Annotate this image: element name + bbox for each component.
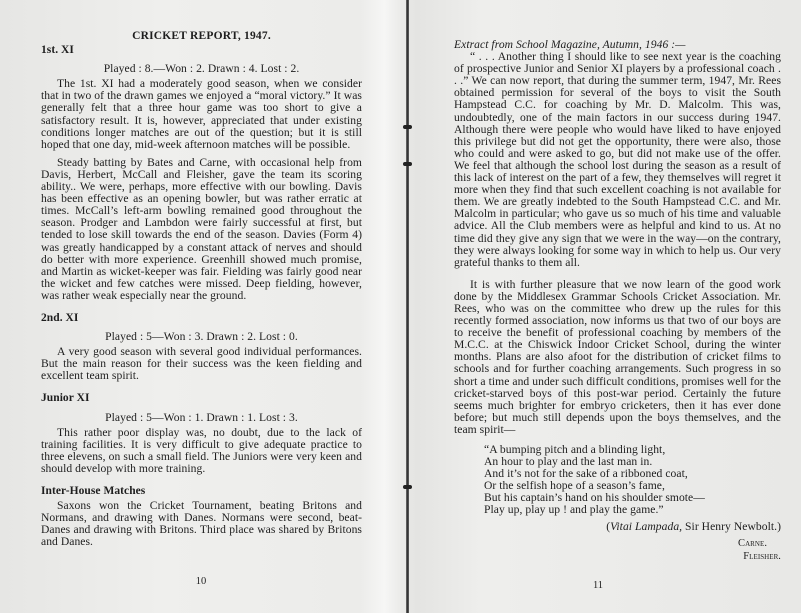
signature-fleisher: Fleisher. (454, 550, 781, 563)
page-number: 11 (578, 580, 618, 591)
first-xi-paragraph: Steady batting by Bates and Carne, with … (41, 157, 362, 302)
report-title: CRICKET REPORT, 1947. (41, 30, 362, 42)
poem-work-title: Vitai Lampada, (610, 520, 682, 533)
second-xi-record: Played : 5—Won : 3. Drawn : 2. Lost : 0. (41, 331, 362, 343)
body-paragraph: It is with further pleasure that we now … (454, 279, 781, 436)
page-number: 10 (181, 576, 221, 587)
poem-quote: “A bumping pitch and a blinding light, A… (484, 444, 781, 517)
left-page-text: CRICKET REPORT, 1947. 1st. XI Played : 8… (41, 30, 362, 548)
poem-author: Sir Henry Newbolt.) (682, 520, 781, 533)
junior-xi-record: Played : 5—Won : 1. Drawn : 1. Lost : 3. (41, 412, 362, 424)
body-paragraph: “ . . . Another thing I should like to s… (454, 51, 781, 269)
junior-xi-paragraph: This rather poor display was, no doubt, … (41, 427, 362, 475)
poem-attribution: (Vitai Lampada, Sir Henry Newbolt.) (454, 521, 781, 533)
junior-xi-heading: Junior XI (41, 392, 362, 404)
poem-line: Play up, play up ! and play the game.” (484, 504, 781, 516)
page-10: CRICKET REPORT, 1947. 1st. XI Played : 8… (0, 0, 400, 613)
first-xi-record: Played : 8.—Won : 2. Drawn : 4. Lost : 2… (41, 63, 362, 75)
second-xi-paragraph: A very good season with several good ind… (41, 346, 362, 382)
inter-house-heading: Inter-House Matches (41, 485, 362, 497)
signature-carne: Carne. (454, 537, 767, 550)
page-11: Extract from School Magazine, Autumn, 19… (410, 0, 801, 613)
book-spine (406, 0, 409, 613)
right-page-text: Extract from School Magazine, Autumn, 19… (454, 39, 781, 563)
first-xi-heading: 1st. XI (41, 44, 362, 56)
second-xi-heading: 2nd. XI (41, 312, 362, 324)
first-xi-paragraph: The 1st. XI had a moderately good season… (41, 78, 362, 151)
magazine-spread: CRICKET REPORT, 1947. 1st. XI Played : 8… (0, 0, 801, 613)
inter-house-paragraph: Saxons won the Cricket Tournament, beati… (41, 500, 362, 548)
